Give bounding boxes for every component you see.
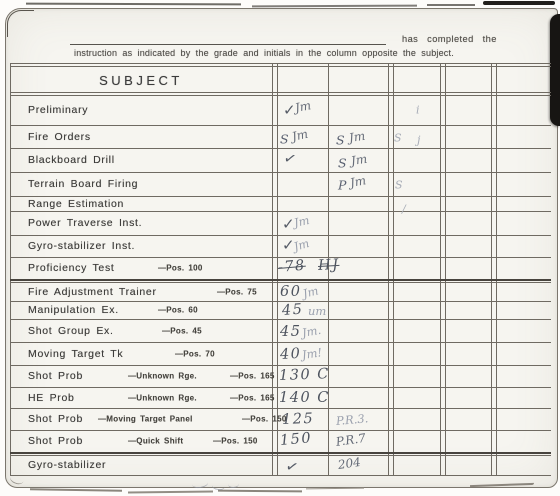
handwritten-mark: -78 xyxy=(277,258,306,276)
table-row: Moving Target Tk—Pos. 70 xyxy=(10,342,272,365)
scan-artifact-bottom-edge xyxy=(306,488,364,490)
table-row: HE Prob—Unknown Rge.—Pos. 165 xyxy=(10,387,272,408)
handwritten-mark: 60 xyxy=(280,284,301,300)
subject-label: Gyro-stabilizer Inst. xyxy=(28,240,135,252)
scan-artifact-top-edge xyxy=(252,5,417,8)
handwritten-mark: S xyxy=(336,132,345,147)
header-instruction-text: instruction as indicated by the grade an… xyxy=(74,48,454,58)
handwritten-mark: Jm! xyxy=(301,345,323,362)
table-row: Gyro-stabilizer xyxy=(10,455,272,475)
grid-horizontal-line xyxy=(10,92,551,93)
handwritten-mark: Jm xyxy=(301,283,319,300)
handwritten-mark: / xyxy=(402,202,406,215)
table-row: Gyro-stabilizer Inst. xyxy=(10,235,272,257)
subject-points-label: —Pos. 45 xyxy=(162,326,202,335)
handwritten-mark: P.R.3. xyxy=(335,411,368,428)
scan-artifact-right-blob xyxy=(550,14,560,126)
subject-points-label: —Pos. 150 xyxy=(213,437,258,446)
subject-label: Shot Prob xyxy=(28,435,83,447)
handwritten-mark: 130 C xyxy=(279,366,330,384)
table-row: Manipulation Ex.—Pos. 60 xyxy=(10,301,272,319)
subject-label: HE Prob xyxy=(28,392,75,404)
subject-label: Moving Target Tk xyxy=(28,348,123,360)
table-row: Shot Prob—Moving Target Panel—Pos. 150 xyxy=(10,408,272,430)
handwritten-mark: Jm xyxy=(349,173,367,190)
subject-label: Terrain Board Firing xyxy=(28,178,138,190)
handwritten-mark: Jm xyxy=(348,128,366,144)
subject-label: Fire Orders xyxy=(28,131,91,143)
subject-label: Fire Adjustment Trainer xyxy=(28,286,157,298)
handwritten-mark: 45 xyxy=(280,324,301,340)
table-row: Shot Group Ex.—Pos. 45 xyxy=(10,319,272,342)
table-row: Power Traverse Inst. xyxy=(10,211,272,235)
handwritten-mark: 40 xyxy=(280,345,302,362)
handwritten-mark: HJ xyxy=(318,257,340,274)
subject-sublabel: —Moving Target Panel xyxy=(98,415,193,424)
handwritten-mark: S xyxy=(280,131,289,146)
subject-label: Shot Prob xyxy=(28,413,83,425)
subject-points-label: —Pos. 100 xyxy=(158,264,203,273)
subject-sublabel: —Quick Shift xyxy=(128,437,183,446)
subject-points-label: —Pos. 165 xyxy=(230,393,275,402)
table-row: Range Estimation xyxy=(10,196,272,211)
subject-label: Shot Prob xyxy=(28,370,83,382)
subject-label: Blackboard Drill xyxy=(28,154,115,166)
handwritten-mark: i xyxy=(416,103,420,116)
handwritten-mark: Jm. xyxy=(301,322,322,339)
scan-artifact-bottom-edge xyxy=(218,490,302,492)
table-row: Preliminary xyxy=(10,95,272,126)
table-row: Proficiency Test—Pos. 100 xyxy=(10,257,272,279)
handwritten-mark: j xyxy=(417,133,420,146)
handwritten-mark: 45 xyxy=(281,302,304,319)
subject-label: Gyro-stabilizer xyxy=(28,459,106,471)
subject-label: Shot Group Ex. xyxy=(28,325,114,337)
table-row: Shot Prob—Unknown Rge.—Pos. 165 xyxy=(10,365,272,387)
subject-label: Manipulation Ex. xyxy=(28,304,119,316)
scan-artifact-top-edge xyxy=(427,4,475,6)
subject-points-label: —Pos. 75 xyxy=(217,287,257,296)
subject-label: Range Estimation xyxy=(28,198,124,210)
table-row: Fire Orders xyxy=(10,125,272,148)
subject-sublabel: —Unknown Rge. xyxy=(128,393,197,402)
subject-sublabel: —Unknown Rge. xyxy=(128,372,197,381)
handwritten-mark: 150 xyxy=(279,430,312,449)
handwritten-mark: S xyxy=(394,131,402,144)
subject-label: Power Traverse Inst. xyxy=(28,217,142,229)
handwritten-mark: P xyxy=(338,178,346,193)
handwritten-mark: Jm xyxy=(350,152,368,168)
subject-points-label: —Pos. 60 xyxy=(158,306,198,315)
handwritten-mark: Jm xyxy=(294,98,312,115)
grid-horizontal-line xyxy=(10,63,551,64)
subject-points-label: —Pos. 70 xyxy=(175,349,215,358)
subject-points-label: —Pos. 150 xyxy=(242,415,287,424)
scanned-record-card: has completed the instruction as indicat… xyxy=(0,0,560,496)
handwritten-mark: um xyxy=(308,304,326,318)
handwritten-mark: S xyxy=(395,179,403,192)
card-corner-curl xyxy=(7,10,34,37)
table-row: Blackboard Drill xyxy=(10,148,272,172)
handwritten-mark: 125 xyxy=(282,411,315,428)
grid-horizontal-line xyxy=(10,475,551,476)
subject-label: Proficiency Test xyxy=(28,262,115,274)
scan-artifact-bottom-edge xyxy=(30,488,122,491)
handwritten-mark: S xyxy=(338,156,347,171)
name-blank-line xyxy=(70,31,386,45)
table-row: Terrain Board Firing xyxy=(10,172,272,196)
scan-artifact-bottom-edge xyxy=(128,491,213,493)
grid-horizontal-line xyxy=(10,279,551,281)
subject-column-header: SUBJECT xyxy=(10,69,272,92)
handwritten-mark: 140 C xyxy=(279,390,330,406)
table-row: Fire Adjustment Trainer—Pos. 75 xyxy=(10,282,272,301)
grid-horizontal-line xyxy=(10,452,551,454)
grid-horizontal-line xyxy=(10,66,551,67)
subject-label: Preliminary xyxy=(28,104,88,116)
header-completed-text: has completed the xyxy=(402,34,497,44)
scan-artifact-top-edge xyxy=(26,3,241,6)
handwritten-mark: Jm xyxy=(291,126,310,143)
subject-points-label: —Pos. 165 xyxy=(230,372,275,381)
table-row: Shot Prob—Quick Shift—Pos. 150 xyxy=(10,430,272,452)
scan-artifact-top-edge xyxy=(483,1,555,5)
